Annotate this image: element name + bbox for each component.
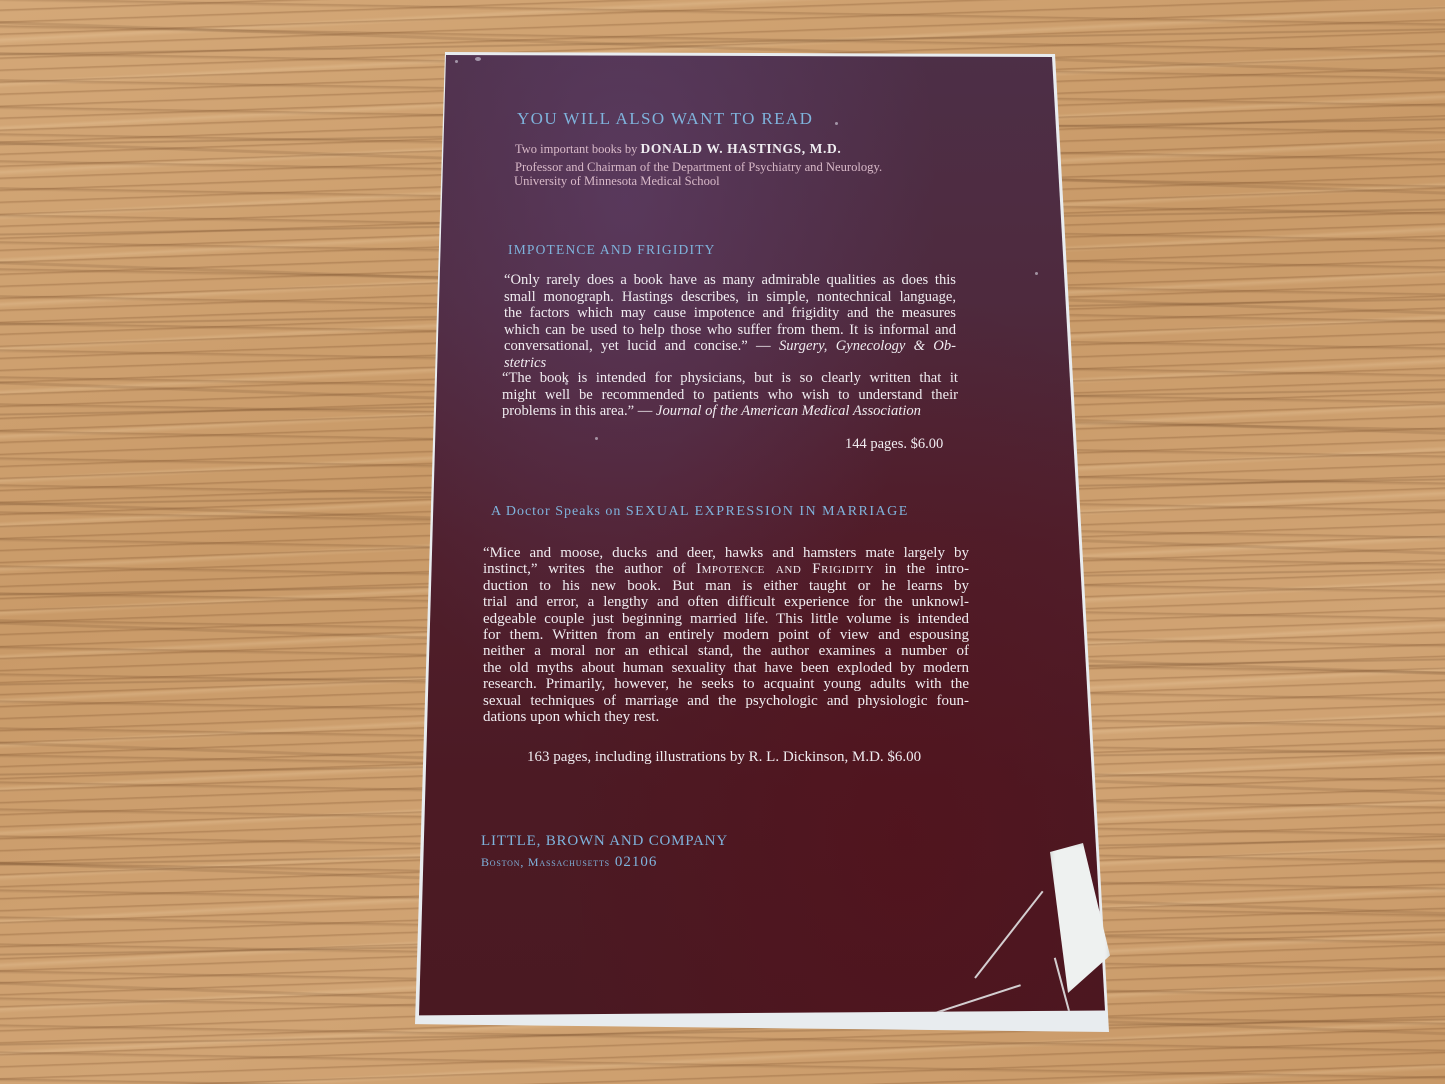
desc-line: sexual techniques of marriage and the ps… (483, 693, 969, 709)
book-reference: Impotence and Frigidity (696, 561, 874, 577)
book1-pages-price: 144 pages. $6.00 (845, 436, 943, 453)
publisher-zip: 02106 (615, 854, 658, 870)
cover-text: YOU WILL ALSO WANT TO READ Two important… (0, 0, 1445, 1084)
book1-review-2: “The book is intended for physicians, bu… (502, 370, 958, 420)
review-line: “Only rarely does a book have as many ad… (504, 272, 956, 289)
desc-line: the old myths about human sexuality that… (483, 660, 969, 676)
section-heading: YOU WILL ALSO WANT TO READ (517, 109, 813, 129)
review-line: problems in this area.” — Journal of the… (502, 403, 958, 420)
desc-line: for them. Written from an entirely moder… (483, 627, 969, 643)
desc-line: neither a moral nor an ethical stand, th… (483, 643, 969, 659)
review-text: problems in this area.” — (502, 403, 652, 419)
desc-line: research. Primarily, however, he seeks t… (483, 676, 969, 692)
review-source: Journal of the American Medical Associat… (656, 403, 921, 419)
book1-review-1: “Only rarely does a book have as many ad… (504, 272, 956, 372)
book2-title-main: SEXUAL EXPRESSION IN MARRIAGE (626, 504, 909, 519)
publisher-name: LITTLE, BROWN AND COMPANY (481, 833, 728, 850)
book2-description: “Mice and moose, ducks and deer, hawks a… (483, 545, 969, 725)
desc-line: “Mice and moose, ducks and deer, hawks a… (483, 545, 969, 561)
book1-title: IMPOTENCE AND FRIGIDITY (508, 242, 716, 258)
desc-line: duction to his new book. But man is eith… (483, 578, 969, 594)
desc-line: dations upon which they rest. (483, 709, 969, 725)
desc-line: edgeable couple just beginning married l… (483, 611, 969, 627)
review-line: the factors which may cause impotence an… (504, 305, 956, 322)
book2-title: A Doctor Speaks on SEXUAL EXPRESSION IN … (491, 504, 909, 520)
review-line: small monograph. Hastings describes, in … (504, 289, 956, 306)
review-text: conversational, yet lucid and concise.” … (504, 338, 771, 354)
desc-line: instinct,” writes the author of Impotenc… (483, 561, 969, 577)
book2-title-lead: A Doctor Speaks on (491, 504, 621, 519)
author-title-line-2: University of Minnesota Medical School (514, 174, 720, 189)
intro-lead: Two important books by DONALD W. HASTING… (515, 141, 841, 157)
review-line: which can be used to help those who suff… (504, 322, 956, 339)
review-line: “The book is intended for physicians, bu… (502, 370, 958, 387)
review-line: might well be recommended to patients wh… (502, 387, 958, 404)
author-name: DONALD W. HASTINGS, M.D. (641, 141, 842, 156)
desc-line: trial and error, a lengthy and often dif… (483, 594, 969, 610)
review-source: Surgery, Gynecology & Ob- (779, 338, 956, 354)
intro-lead-text: Two important books by (515, 142, 637, 156)
publisher-city: Boston, Massachusetts (481, 855, 610, 869)
publisher-address: Boston, Massachusetts 02106 (481, 853, 657, 871)
review-line: conversational, yet lucid and concise.” … (504, 338, 956, 355)
book2-pages-price: 163 pages, including illustrations by R.… (527, 749, 921, 766)
author-title-line-1: Professor and Chairman of the Department… (515, 160, 882, 175)
desc-text: instinct,” writes the author of (483, 561, 686, 577)
desc-text: in the intro- (885, 561, 969, 577)
